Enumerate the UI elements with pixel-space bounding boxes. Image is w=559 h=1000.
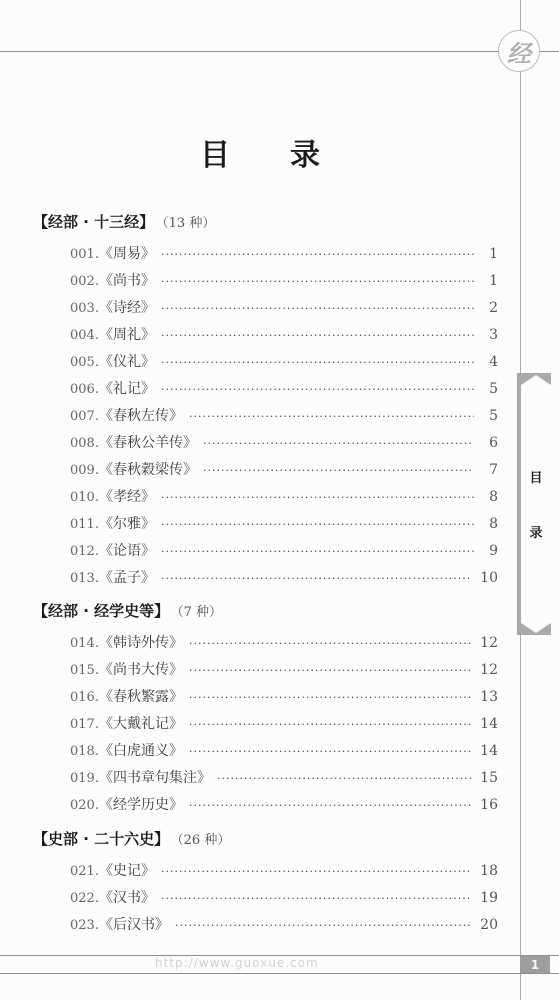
entry-page: 15 [480,770,498,786]
toc-entry[interactable]: 016.《春秋繁露》13 [70,686,498,706]
entry-title: 《孟子》 [99,567,155,587]
entry-title: 《史记》 [99,860,155,880]
entry-page: 5 [482,381,498,397]
entry-page: 20 [480,917,498,933]
watermark-url: http://www.guoxue.com [155,956,319,970]
entry-title: 《仪礼》 [99,351,155,371]
leader-dots [189,745,472,758]
entry-number: 007. [70,409,99,424]
entry-page: 19 [480,890,498,906]
leader-dots [161,892,472,905]
section-name: 【史部 · 二十六史】 [33,830,169,848]
section-count: （26 种） [177,833,230,848]
entry-title: 《春秋繁露》 [99,686,183,706]
entry-title: 《春秋穀梁传》 [99,459,197,479]
entry-title: 《尚书》 [99,270,155,290]
entry-title: 《四书章句集注》 [99,767,211,787]
entry-number: 019. [70,771,99,786]
toc-entry[interactable]: 010.《孝经》8 [70,486,498,506]
leader-dots [189,718,472,731]
entry-page: 18 [480,863,498,879]
entry-page: 12 [480,635,498,651]
toc-entry[interactable]: 006.《礼记》5 [70,378,498,398]
toc-entry[interactable]: 020.《经学历史》16 [70,794,498,814]
leader-dots [189,664,472,677]
toc-entry[interactable]: 023.《后汉书》20 [70,914,498,934]
leader-dots [189,637,472,650]
entry-number: 016. [70,690,99,705]
leader-dots [161,248,474,261]
section-count: （7 种） [177,605,222,620]
leader-dots [217,772,472,785]
side-tab[interactable]: 目 录 [517,373,551,635]
entry-page: 14 [480,716,498,732]
toc-entry[interactable]: 007.《春秋左传》5 [70,405,498,425]
page-number: 1 [520,956,550,973]
toc-entry[interactable]: 015.《尚书大传》12 [70,659,498,679]
entry-title: 《礼记》 [99,378,155,398]
section-count: （13 种） [162,216,215,231]
entry-title: 《后汉书》 [99,914,169,934]
entry-page: 8 [482,516,498,532]
header-rule [0,51,559,52]
entry-title: 《韩诗外传》 [99,632,183,652]
leader-dots [161,356,474,369]
entry-page: 10 [480,570,498,586]
toc-entry[interactable]: 008.《春秋公羊传》6 [70,432,498,452]
section-header: 【史部 · 二十六史】（26 种） [33,828,230,849]
section-name: 【经部 · 十三经】 [33,213,154,231]
page-title: 目录 [0,130,540,174]
entry-number: 006. [70,382,99,397]
entry-title: 《经学历史》 [99,794,183,814]
entry-number: 012. [70,544,99,559]
toc-entry[interactable]: 001.《周易》1 [70,243,498,263]
page-title-char: 目 [200,138,290,173]
entry-page: 3 [482,327,498,343]
entry-number: 023. [70,918,99,933]
entry-number: 009. [70,463,99,478]
leader-dots [189,799,472,812]
entry-title: 《春秋公羊传》 [99,432,197,452]
entry-title: 《大戴礼记》 [99,713,183,733]
leader-dots [161,865,472,878]
entry-number: 002. [70,274,99,289]
entry-number: 005. [70,355,99,370]
section-emblem-icon: 经 [498,30,540,72]
toc-entry[interactable]: 018.《白虎通义》14 [70,740,498,760]
leader-dots [161,545,474,558]
toc-entry[interactable]: 002.《尚书》1 [70,270,498,290]
toc-entry[interactable]: 022.《汉书》19 [70,887,498,907]
entry-number: 004. [70,328,99,343]
toc-entry[interactable]: 019.《四书章句集注》15 [70,767,498,787]
entry-number: 020. [70,798,99,813]
entry-number: 001. [70,247,99,262]
leader-dots [189,691,472,704]
entry-title: 《周礼》 [99,324,155,344]
entry-title: 《论语》 [99,540,155,560]
entry-number: 013. [70,571,99,586]
leader-dots [203,464,474,477]
entry-page: 5 [482,408,498,424]
leader-dots [161,275,474,288]
leader-dots [161,518,474,531]
toc-entry[interactable]: 011.《尔雅》8 [70,513,498,533]
entry-number: 021. [70,864,99,879]
entry-number: 011. [70,517,99,532]
entry-page: 12 [480,662,498,678]
leader-dots [161,491,474,504]
toc-entry[interactable]: 012.《论语》9 [70,540,498,560]
entry-page: 1 [482,246,498,262]
toc-entry[interactable]: 013.《孟子》10 [70,567,498,587]
entry-number: 003. [70,301,99,316]
footer-rule-bottom [0,973,559,974]
entry-page: 14 [480,743,498,759]
entry-page: 6 [482,435,498,451]
toc-entry[interactable]: 009.《春秋穀梁传》7 [70,459,498,479]
entry-number: 017. [70,717,99,732]
leader-dots [161,572,472,585]
side-tab-char: 录 [529,522,542,541]
entry-page: 13 [480,689,498,705]
leader-dots [161,302,474,315]
leader-dots [161,383,474,396]
entry-title: 《春秋左传》 [99,405,183,425]
side-tab-char: 目 [529,467,542,486]
entry-number: 015. [70,663,99,678]
leader-dots [203,437,474,450]
side-tab-label: 目 录 [521,373,551,635]
entry-title: 《诗经》 [99,297,155,317]
entry-number: 018. [70,744,99,759]
entry-page: 9 [482,543,498,559]
entry-page: 2 [482,300,498,316]
entry-number: 022. [70,891,99,906]
leader-dots [161,329,474,342]
entry-title: 《白虎通义》 [99,740,183,760]
entry-page: 16 [480,797,498,813]
entry-title: 《尚书大传》 [99,659,183,679]
toc-entry[interactable]: 021.《史记》18 [70,860,498,880]
entry-title: 《汉书》 [99,887,155,907]
entry-title: 《孝经》 [99,486,155,506]
entry-page: 1 [482,273,498,289]
toc-entry[interactable]: 014.《韩诗外传》12 [70,632,498,652]
section-name: 【经部 · 经学史等】 [33,602,169,620]
page-title-char: 录 [290,138,380,173]
entry-number: 008. [70,436,99,451]
entry-number: 010. [70,490,99,505]
leader-dots [175,919,472,932]
section-header: 【经部 · 经学史等】（7 种） [33,600,222,621]
leader-dots [189,410,474,423]
toc-entry[interactable]: 004.《周礼》3 [70,324,498,344]
toc-entry[interactable]: 003.《诗经》2 [70,297,498,317]
entry-page: 7 [482,462,498,478]
entry-page: 4 [482,354,498,370]
entry-number: 014. [70,636,99,651]
toc-entry[interactable]: 005.《仪礼》4 [70,351,498,371]
section-header: 【经部 · 十三经】（13 种） [33,211,215,232]
toc-entry[interactable]: 017.《大戴礼记》14 [70,713,498,733]
entry-title: 《尔雅》 [99,513,155,533]
entry-title: 《周易》 [99,243,155,263]
entry-page: 8 [482,489,498,505]
